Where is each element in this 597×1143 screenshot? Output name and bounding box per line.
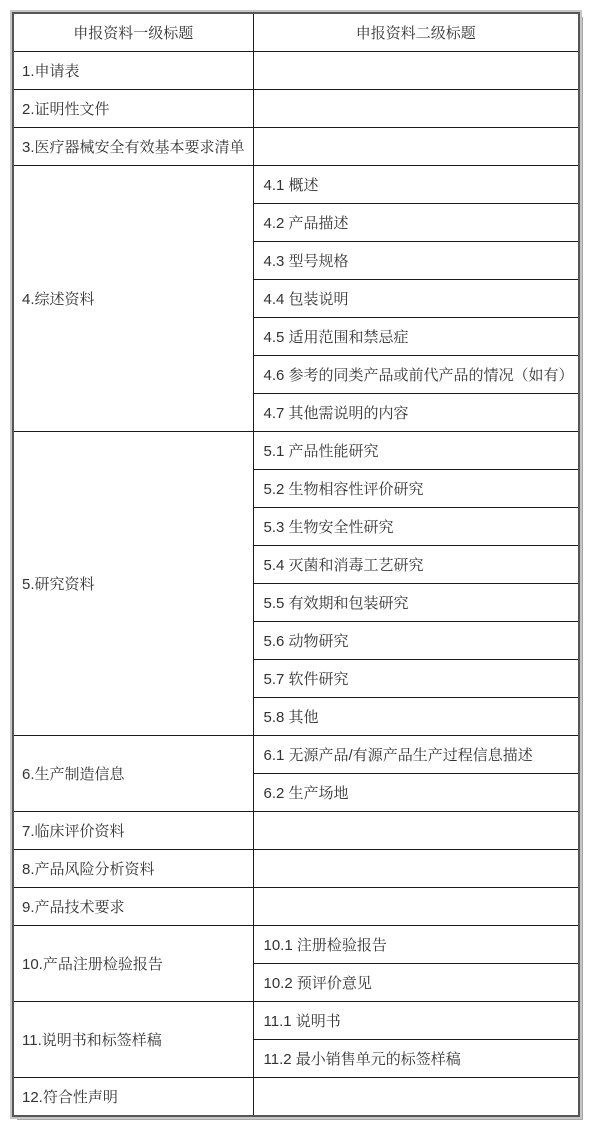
table-row: 9.产品技术要求 [13, 888, 579, 926]
level2-cell-empty [253, 812, 579, 850]
level2-cell: 4.6 参考的同类产品或前代产品的情况（如有） [253, 356, 579, 394]
level2-cell: 4.5 适用范围和禁忌症 [253, 318, 579, 356]
application-materials-table-container: 申报资料一级标题 申报资料二级标题 1.申请表2.证明性文件3.医疗器械安全有效… [12, 12, 580, 1117]
level1-cell: 12.符合性声明 [13, 1078, 253, 1117]
header-level2-title: 申报资料二级标题 [253, 13, 579, 52]
table-header: 申报资料一级标题 申报资料二级标题 [13, 13, 579, 52]
level2-cell-empty [253, 90, 579, 128]
application-materials-table: 申报资料一级标题 申报资料二级标题 1.申请表2.证明性文件3.医疗器械安全有效… [12, 12, 580, 1117]
table-row: 12.符合性声明 [13, 1078, 579, 1117]
level2-cell: 5.4 灭菌和消毒工艺研究 [253, 546, 579, 584]
level1-cell: 10.产品注册检验报告 [13, 926, 253, 1002]
level1-cell: 9.产品技术要求 [13, 888, 253, 926]
level2-cell-empty [253, 888, 579, 926]
table-body: 1.申请表2.证明性文件3.医疗器械安全有效基本要求清单4.综述资料4.1 概述… [13, 52, 579, 1117]
level2-cell: 4.3 型号规格 [253, 242, 579, 280]
level2-cell: 5.7 软件研究 [253, 660, 579, 698]
level1-cell: 7.临床评价资料 [13, 812, 253, 850]
header-row: 申报资料一级标题 申报资料二级标题 [13, 13, 579, 52]
level2-cell: 4.1 概述 [253, 166, 579, 204]
level1-cell: 8.产品风险分析资料 [13, 850, 253, 888]
level2-cell-empty [253, 850, 579, 888]
level2-cell: 5.5 有效期和包装研究 [253, 584, 579, 622]
level2-cell: 6.2 生产场地 [253, 774, 579, 812]
level2-cell: 4.7 其他需说明的内容 [253, 394, 579, 432]
level1-cell: 2.证明性文件 [13, 90, 253, 128]
table-row: 1.申请表 [13, 52, 579, 90]
level2-cell: 10.2 预评价意见 [253, 964, 579, 1002]
table-row: 10.产品注册检验报告10.1 注册检验报告 [13, 926, 579, 964]
table-row: 4.综述资料4.1 概述 [13, 166, 579, 204]
level1-cell: 4.综述资料 [13, 166, 253, 432]
level2-cell-empty [253, 1078, 579, 1117]
table-row: 2.证明性文件 [13, 90, 579, 128]
level2-cell: 5.6 动物研究 [253, 622, 579, 660]
level1-cell: 1.申请表 [13, 52, 253, 90]
level2-cell: 10.1 注册检验报告 [253, 926, 579, 964]
level2-cell: 5.1 产品性能研究 [253, 432, 579, 470]
level2-cell: 5.2 生物相容性评价研究 [253, 470, 579, 508]
level2-cell: 4.2 产品描述 [253, 204, 579, 242]
table-row: 3.医疗器械安全有效基本要求清单 [13, 128, 579, 166]
level2-cell: 4.4 包装说明 [253, 280, 579, 318]
table-row: 5.研究资料5.1 产品性能研究 [13, 432, 579, 470]
table-row: 6.生产制造信息6.1 无源产品/有源产品生产过程信息描述 [13, 736, 579, 774]
level2-cell: 6.1 无源产品/有源产品生产过程信息描述 [253, 736, 579, 774]
level1-cell: 6.生产制造信息 [13, 736, 253, 812]
table-row: 7.临床评价资料 [13, 812, 579, 850]
level2-cell-empty [253, 52, 579, 90]
level2-cell: 11.2 最小销售单元的标签样稿 [253, 1040, 579, 1078]
level1-cell: 3.医疗器械安全有效基本要求清单 [13, 128, 253, 166]
table-row: 11.说明书和标签样稿11.1 说明书 [13, 1002, 579, 1040]
header-level1-title: 申报资料一级标题 [13, 13, 253, 52]
level1-cell: 5.研究资料 [13, 432, 253, 736]
level2-cell: 5.8 其他 [253, 698, 579, 736]
level2-cell: 5.3 生物安全性研究 [253, 508, 579, 546]
level1-cell: 11.说明书和标签样稿 [13, 1002, 253, 1078]
table-row: 8.产品风险分析资料 [13, 850, 579, 888]
level2-cell-empty [253, 128, 579, 166]
level2-cell: 11.1 说明书 [253, 1002, 579, 1040]
